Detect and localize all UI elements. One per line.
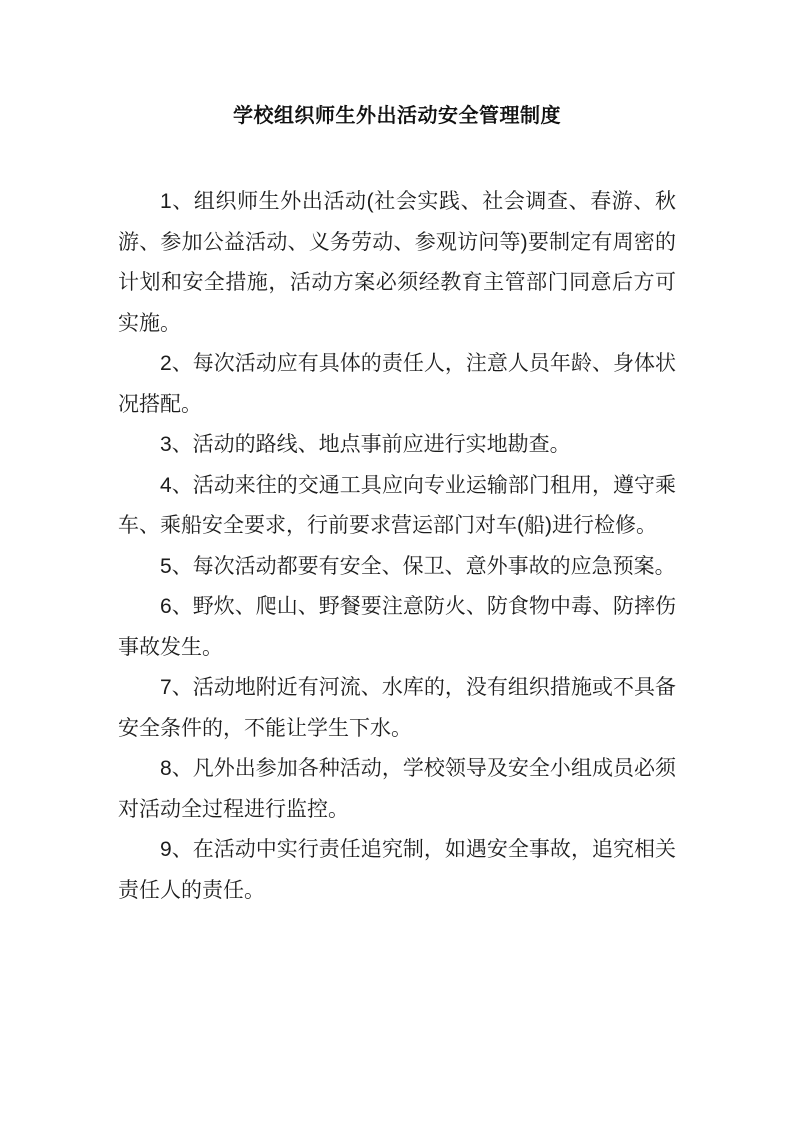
paragraph-1: 1、组织师生外出活动(社会实践、社会调查、春游、秋游、参加公益活动、义务劳动、参… [118, 182, 676, 344]
document-title: 学校组织师生外出活动安全管理制度 [118, 96, 676, 137]
paragraph-9: 9、在活动中实行责任追究制，如遇安全事故，追究相关责任人的责任。 [118, 830, 676, 911]
paragraph-7: 7、活动地附近有河流、水库的，没有组织措施或不具备安全条件的，不能让学生下水。 [118, 668, 676, 749]
paragraph-2: 2、每次活动应有具体的责任人，注意人员年龄、身体状况搭配。 [118, 344, 676, 425]
paragraph-3: 3、活动的路线、地点事前应进行实地勘查。 [118, 425, 676, 466]
paragraph-8: 8、凡外出参加各种活动，学校领导及安全小组成员必须对活动全过程进行监控。 [118, 749, 676, 830]
paragraph-4: 4、活动来往的交通工具应向专业运输部门租用，遵守乘车、乘船安全要求，行前要求营运… [118, 466, 676, 547]
document-page: 学校组织师生外出活动安全管理制度 1、组织师生外出活动(社会实践、社会调查、春游… [0, 0, 793, 1122]
paragraph-5: 5、每次活动都要有安全、保卫、意外事故的应急预案。 [118, 547, 676, 588]
document-body: 1、组织师生外出活动(社会实践、社会调查、春游、秋游、参加公益活动、义务劳动、参… [118, 182, 676, 911]
paragraph-6: 6、野炊、爬山、野餐要注意防火、防食物中毒、防摔伤事故发生。 [118, 587, 676, 668]
